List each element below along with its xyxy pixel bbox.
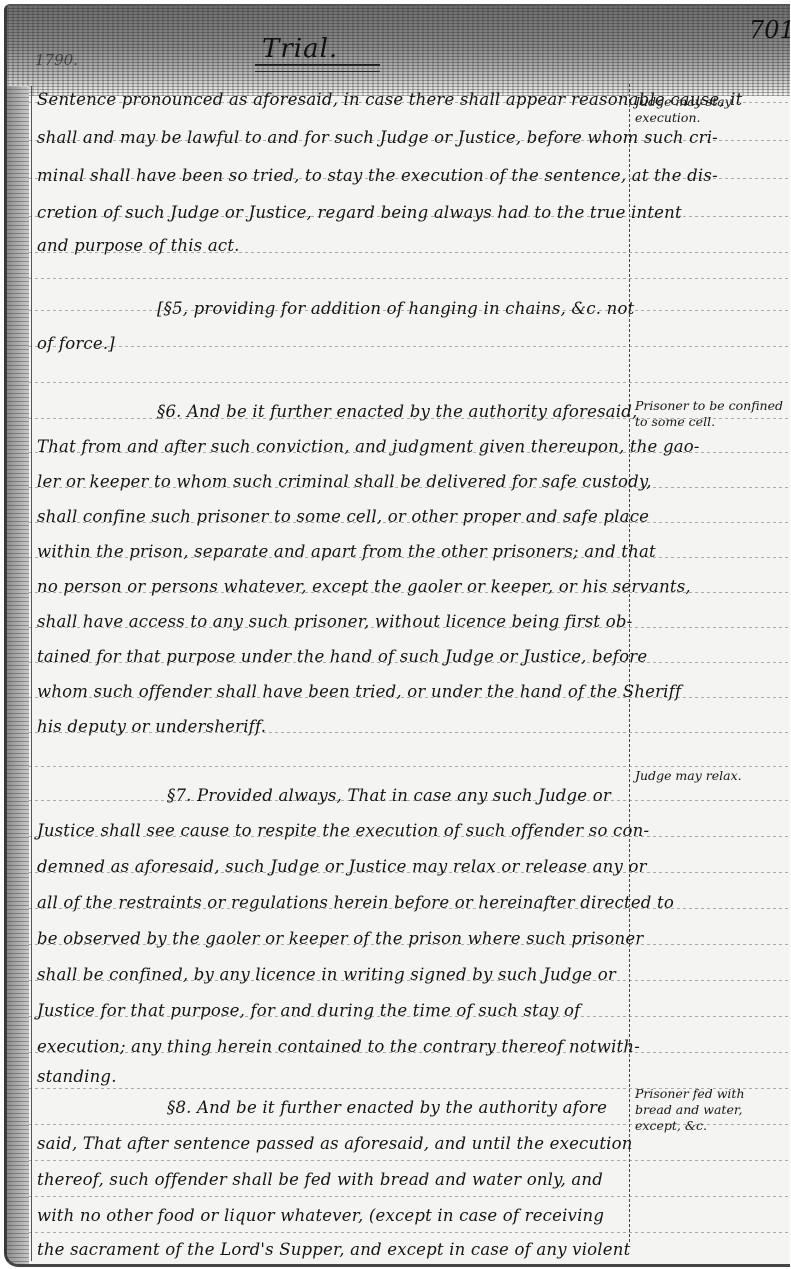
text-line: tained for that purpose under the hand o…	[37, 647, 629, 667]
text-line: of force.]	[37, 334, 629, 354]
text-line: §6. And be it further enacted by the aut…	[157, 402, 629, 422]
text-line: [§5, providing for addition of hanging i…	[157, 299, 629, 319]
text-line: execution; any thing herein contained to…	[37, 1037, 629, 1057]
text-line: shall confine such prisoner to some cell…	[37, 507, 629, 527]
left-margin-rule	[31, 86, 32, 1261]
ruled-line	[29, 1232, 789, 1233]
ruled-line	[29, 382, 789, 383]
margin-note-stay-execution: Judge may stay execution.	[635, 94, 790, 126]
margin-note-confined: Prisoner to be confined to some cell.	[635, 398, 790, 430]
text-line: demned as aforesaid, such Judge or Justi…	[37, 857, 629, 877]
note-line: Prisoner fed with	[635, 1086, 790, 1102]
text-line: whom such offender shall have been tried…	[37, 682, 629, 702]
note-line: execution.	[635, 110, 790, 126]
note-line: to some cell.	[635, 414, 790, 430]
note-line: Judge may relax.	[635, 768, 790, 784]
text-line: all of the restraints or regulations her…	[37, 893, 629, 913]
corner-year-mark: 1790.	[35, 51, 78, 69]
text-line: Sentence pronounced as aforesaid, in cas…	[37, 90, 629, 110]
note-line: Prisoner to be confined	[635, 398, 790, 414]
margin-note-relax: Judge may relax.	[635, 768, 790, 784]
note-line: Judge may stay	[635, 94, 790, 110]
text-line: thereof, such offender shall be fed with…	[37, 1170, 629, 1190]
text-line: be observed by the gaoler or keeper of t…	[37, 929, 629, 949]
text-line: shall have access to any such prisoner, …	[37, 612, 629, 632]
text-line: §7. Provided always, That in case any su…	[167, 786, 629, 806]
margin-note-fed: Prisoner fed with bread and water, excep…	[635, 1086, 790, 1134]
text-line: and purpose of this act.	[37, 236, 629, 256]
note-line: bread and water,	[635, 1102, 790, 1118]
scan-shadow-header	[7, 6, 790, 96]
title-underline	[255, 64, 380, 72]
text-line: said, That after sentence passed as afor…	[37, 1134, 629, 1154]
manuscript-page: 1790. Trial. 701 Sentence pronounced as …	[4, 4, 790, 1267]
text-line: cretion of such Judge or Justice, regard…	[37, 203, 629, 223]
text-line: Justice for that purpose, for and during…	[37, 1001, 629, 1021]
text-line: the sacrament of the Lord's Supper, and …	[37, 1240, 629, 1260]
text-line: his deputy or undersheriff.	[37, 717, 629, 737]
ruled-line	[29, 1160, 789, 1161]
note-line: except, &c.	[635, 1118, 790, 1134]
text-line: minal shall have been so tried, to stay …	[37, 166, 629, 186]
page-title: Trial.	[262, 34, 338, 64]
ruled-line	[29, 1196, 789, 1197]
text-line: shall and may be lawful to and for such …	[37, 128, 629, 148]
ruled-line	[29, 766, 789, 767]
text-line: shall be confined, by any licence in wri…	[37, 965, 629, 985]
page-number: 701	[749, 16, 790, 44]
text-line: That from and after such conviction, and…	[37, 437, 629, 457]
text-line: no person or persons whatever, except th…	[37, 577, 629, 597]
ruled-line	[29, 278, 789, 279]
text-line: ler or keeper to whom such criminal shal…	[37, 472, 629, 492]
text-line: within the prison, separate and apart fr…	[37, 542, 629, 562]
text-line: with no other food or liquor whatever, (…	[37, 1206, 629, 1226]
binding-edge	[7, 86, 29, 1266]
text-line: Justice shall see cause to respite the e…	[37, 821, 629, 841]
text-line: §8. And be it further enacted by the aut…	[167, 1098, 629, 1118]
text-line: standing.	[37, 1067, 629, 1087]
